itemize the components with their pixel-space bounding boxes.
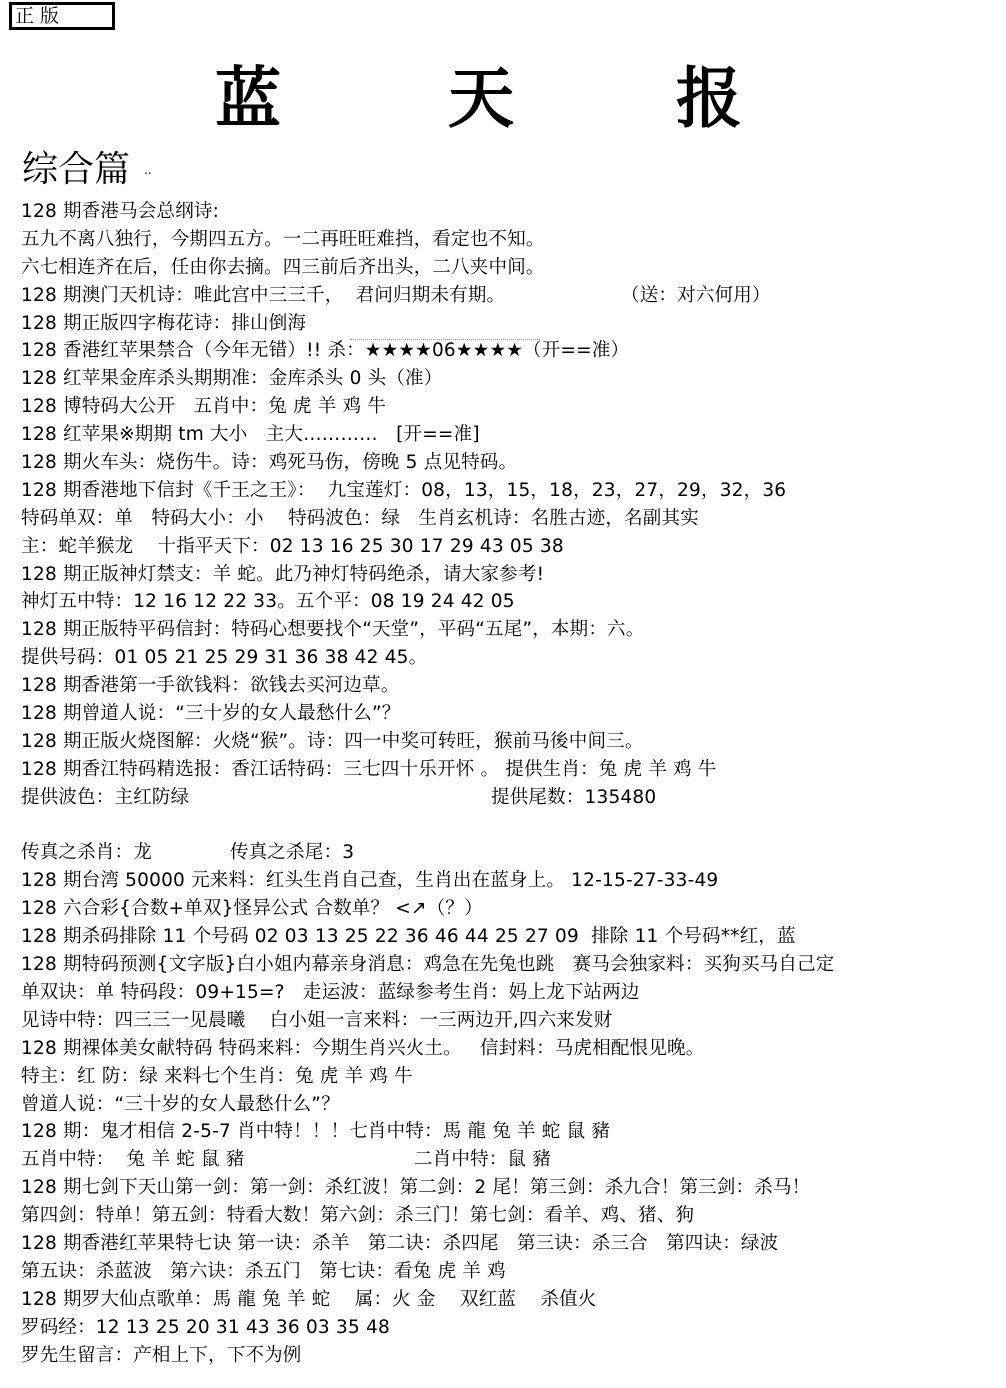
page-title-char: 天 [448, 62, 514, 134]
text-line-segment: 五肖中特： 兔 羊 蛇 鼠 豬 [21, 1146, 245, 1174]
page-title: 蓝 天 报 [0, 62, 1006, 142]
text-line: 128 期杀码排除 11 个号码 02 03 13 25 22 36 46 44… [21, 923, 1001, 951]
text-line-segment: 罗先生留言：产相上下，下不为例 [21, 1342, 302, 1370]
text-line-segment: 特主：红 防：绿 来料七个生肖：兔 虎 羊 鸡 牛 [21, 1063, 413, 1091]
text-line: 曾道人说：“三十岁的女人最愁什么”？ [21, 1091, 1001, 1119]
text-line: 128 期：鬼才相信 2-5-7 肖中特！！！七肖中特：馬 龍 兔 羊 蛇 鼠 … [21, 1118, 1001, 1146]
text-line-segment: 128 期香港马会总纲诗: [21, 198, 219, 226]
text-line-segment: 单双诀：单 特码段：09+15=? 走运波：蓝绿参考生肖：妈上龙下站两边 [21, 979, 640, 1007]
text-line-segment: 主：蛇羊猴龙 十指平天下：02 13 16 25 30 17 29 43 05 … [21, 533, 564, 561]
text-line-segment: 提供尾数：135480 [491, 784, 656, 812]
text-line: 128 红苹果金库杀头期期准：金库杀头 0 头（准） [21, 365, 1001, 393]
text-line: 传真之杀肖：龙传真之杀尾：3 [21, 839, 1001, 867]
text-line-segment: 五九不离八独行，今期四五方。一二再旺旺难挡，看定也不知。 [21, 226, 545, 254]
text-line: 见诗中特：四三三一见晨曦 白小姐一言来料：一三两边开,四六来发财 [21, 1007, 1001, 1035]
text-line: 128 期香港地下信封《千王之王》： 九宝莲灯：08，13，15，18，23，2… [21, 477, 1001, 505]
text-line-segment: 128 博特码大公开 五肖中：兔 虎 羊 鸡 牛 [21, 393, 386, 421]
text-line: 128 期曾道人说：“三十岁的女人最愁什么”？ [21, 700, 1001, 728]
text-line-segment: 128 期澳门天机诗：唯此宫中三三千， 君问归期未有期。 [21, 282, 505, 310]
text-line-segment: 传真之杀尾：3 [230, 839, 354, 867]
text-line: 128 期特码预测{文字版}白小姐内幕亲身消息：鸡急在先兔也跳 赛马会独家料：买… [21, 951, 1001, 979]
text-line: 特码单双：单 特码大小：小 特码波色：绿 生肖玄机诗：名胜古迹，名副其实 [21, 505, 1001, 533]
text-line-segment: 128 六合彩{合数+单双}怪异公式 合数单？ <↗（？） [21, 895, 483, 923]
text-line-segment: 128 期特码预测{文字版}白小姐内幕亲身消息：鸡急在先兔也跳 赛马会独家料：买… [21, 951, 834, 979]
text-line: 罗码经：12 13 25 20 31 43 36 03 35 48 [21, 1314, 1001, 1342]
text-line-segment: 128 期正版火烧图解：火烧“猴”。诗：四一中奖可转旺，猴前马後中间三。 [21, 728, 644, 756]
page-title-char: 报 [676, 62, 742, 134]
text-line: 128 期香江特码精选报：香江话特码：三七四十乐开怀 。 提供生肖：兔 虎 羊 … [21, 756, 1001, 784]
text-line-segment: （送：对六何用） [621, 282, 771, 310]
text-line-segment: 第四剑：特单！第五剑：特看大数！第六剑：杀三门！第七剑：看羊、鸡、猪、狗 [21, 1202, 694, 1230]
text-line: 第五诀：杀蓝波 第六诀：杀五门 第七诀：看兔 虎 羊 鸡 [21, 1258, 1001, 1286]
text-line: 第四剑：特单！第五剑：特看大数！第六剑：杀三门！第七剑：看羊、鸡、猪、狗 [21, 1202, 1001, 1230]
text-line: 128 期香港红苹果特七诀 第一诀：杀羊 第二诀：杀四尾 第三诀：杀三合 第四诀… [21, 1230, 1001, 1258]
text-line-segment: 神灯五中特：12 16 12 22 33。五个平：08 19 24 42 05 [21, 588, 515, 616]
text-line: 单双诀：单 特码段：09+15=? 走运波：蓝绿参考生肖：妈上龙下站两边 [21, 979, 1001, 1007]
text-line-segment: 128 期香港红苹果特七诀 第一诀：杀羊 第二诀：杀四尾 第三诀：杀三合 第四诀… [21, 1230, 778, 1258]
text-line-segment: 128 红苹果金库杀头期期准：金库杀头 0 头（准） [21, 365, 442, 393]
text-line-segment: 128 期香江特码精选报：香江话特码：三七四十乐开怀 。 提供生肖：兔 虎 羊 … [21, 756, 717, 784]
text-line: 128 期火车头：烧伤牛。诗：鸡死马伤，傍晚 5 点见特码。 [21, 449, 1001, 477]
text-line: 128 香港红苹果禁合（今年无错）!! 杀：★★★★06★★★★（开==准） [21, 337, 1001, 365]
text-line: 128 红苹果※期期 tm 大小 主大………… [开==准] [21, 421, 1001, 449]
text-line-segment: 128 期火车头：烧伤牛。诗：鸡死马伤，傍晚 5 点见特码。 [21, 449, 517, 477]
text-line: 128 期正版四字梅花诗：排山倒海 [21, 310, 1001, 338]
text-line: 128 博特码大公开 五肖中：兔 虎 羊 鸡 牛 [21, 393, 1001, 421]
text-line-segment: 提供波色：主红防绿 [21, 784, 189, 812]
text-line-segment: 传真之杀肖：龙 [21, 839, 152, 867]
text-line: 128 期裸体美女献特码 特码来料：今期生肖兴火土。 信封料：马虎相配恨见晚。 [21, 1035, 1001, 1063]
text-line-segment: 128 期七剑下天山第一剑：第一剑：杀红波！第二剑：2 尾！第三剑：杀九合！第三… [21, 1174, 810, 1202]
text-line-segment: 128 香港红苹果禁合（今年无错）!! 杀：★★★★06★★★★（开==准） [21, 337, 629, 365]
text-line-segment: 128 期杀码排除 11 个号码 02 03 13 25 22 36 46 44… [21, 923, 796, 951]
text-line: 提供波色：主红防绿提供尾数：135480 [21, 784, 1001, 812]
text-line: 128 期澳门天机诗：唯此宫中三三千， 君问归期未有期。（送：对六何用） [21, 282, 1001, 310]
text-line-segment: 128 期正版神灯禁支：羊 蛇。此乃神灯特码绝杀，请大家参考! [21, 561, 544, 589]
text-line-segment: 128 期正版特平码信封：特码心想要找个“天堂”，平码“五尾”，本期：六。 [21, 616, 644, 644]
text-line: 五九不离八独行，今期四五方。一二再旺旺难挡，看定也不知。 [21, 226, 1001, 254]
section-heading: 综合篇.. [22, 148, 152, 192]
text-line: 128 六合彩{合数+单双}怪异公式 合数单？ <↗（？） [21, 895, 1001, 923]
text-line: 128 期正版神灯禁支：羊 蛇。此乃神灯特码绝杀，请大家参考! [21, 561, 1001, 589]
text-line-segment: 128 期裸体美女献特码 特码来料：今期生肖兴火土。 信封料：马虎相配恨见晚。 [21, 1035, 704, 1063]
genuine-edition-badge: 正 版 [9, 2, 115, 30]
text-line-segment: 六七相连齐在后，任由你去摘。四三前后齐出头，二八夹中间。 [21, 254, 545, 282]
text-line: 128 期罗大仙点歌单：馬 龍 兔 羊 蛇 属：火 金 双红蓝 杀值火 [21, 1286, 1001, 1314]
text-line-segment: 第五诀：杀蓝波 第六诀：杀五门 第七诀：看兔 虎 羊 鸡 [21, 1258, 506, 1286]
text-line: 128 期香港马会总纲诗: [21, 198, 1001, 226]
text-line-segment: 128 期香港第一手欲钱料：欲钱去买河边草。 [21, 672, 400, 700]
text-line: 128 期香港第一手欲钱料：欲钱去买河边草。 [21, 672, 1001, 700]
text-line: 提供号码：01 05 21 25 29 31 36 38 42 45。 [21, 644, 1001, 672]
text-line-segment: 128 期台湾 50000 元来料：红头生肖自己查，生肖出在蓝身上。 12-15… [21, 867, 718, 895]
section-dots: .. [144, 163, 152, 177]
text-line: 128 期正版特平码信封：特码心想要找个“天堂”，平码“五尾”，本期：六。 [21, 616, 1001, 644]
text-line-segment: 特码单双：单 特码大小：小 特码波色：绿 生肖玄机诗：名胜古迹，名副其实 [21, 505, 699, 533]
text-line: 六七相连齐在后，任由你去摘。四三前后齐出头，二八夹中间。 [21, 254, 1001, 282]
text-line-segment: 128 红苹果※期期 tm 大小 主大………… [开==准] [21, 421, 480, 449]
section-title: 综合篇 [22, 149, 130, 190]
blank-line [21, 812, 1001, 840]
text-line-segment: 128 期香港地下信封《千王之王》： 九宝莲灯：08，13，15，18，23，2… [21, 477, 786, 505]
text-line: 主：蛇羊猴龙 十指平天下：02 13 16 25 30 17 29 43 05 … [21, 533, 1001, 561]
text-line: 128 期七剑下天山第一剑：第一剑：杀红波！第二剑：2 尾！第三剑：杀九合！第三… [21, 1174, 1001, 1202]
text-line-segment: 提供号码：01 05 21 25 29 31 36 38 42 45。 [21, 644, 427, 672]
text-line-segment: 128 期：鬼才相信 2-5-7 肖中特！！！七肖中特：馬 龍 兔 羊 蛇 鼠 … [21, 1118, 610, 1146]
text-line-segment: 见诗中特：四三三一见晨曦 白小姐一言来料：一三两边开,四六来发财 [21, 1007, 612, 1035]
text-line: 128 期台湾 50000 元来料：红头生肖自己查，生肖出在蓝身上。 12-15… [21, 867, 1001, 895]
text-line-segment: 二肖中特：鼠 豬 [414, 1146, 551, 1174]
text-line-segment: 128 期正版四字梅花诗：排山倒海 [21, 310, 306, 338]
article-body: 128 期香港马会总纲诗:五九不离八独行，今期四五方。一二再旺旺难挡，看定也不知… [21, 198, 1001, 1369]
text-line: 特主：红 防：绿 来料七个生肖：兔 虎 羊 鸡 牛 [21, 1063, 1001, 1091]
text-line-segment: 128 期曾道人说：“三十岁的女人最愁什么”？ [21, 700, 400, 728]
text-line-segment: 128 期罗大仙点歌单：馬 龍 兔 羊 蛇 属：火 金 双红蓝 杀值火 [21, 1286, 596, 1314]
page-title-char: 蓝 [215, 62, 281, 134]
text-line-segment: 罗码经：12 13 25 20 31 43 36 03 35 48 [21, 1314, 390, 1342]
text-line: 神灯五中特：12 16 12 22 33。五个平：08 19 24 42 05 [21, 588, 1001, 616]
text-line-segment: 曾道人说：“三十岁的女人最愁什么”？ [21, 1091, 340, 1119]
text-line: 128 期正版火烧图解：火烧“猴”。诗：四一中奖可转旺，猴前马後中间三。 [21, 728, 1001, 756]
text-line: 罗先生留言：产相上下，下不为例 [21, 1342, 1001, 1370]
text-line: 五肖中特： 兔 羊 蛇 鼠 豬二肖中特：鼠 豬 [21, 1146, 1001, 1174]
